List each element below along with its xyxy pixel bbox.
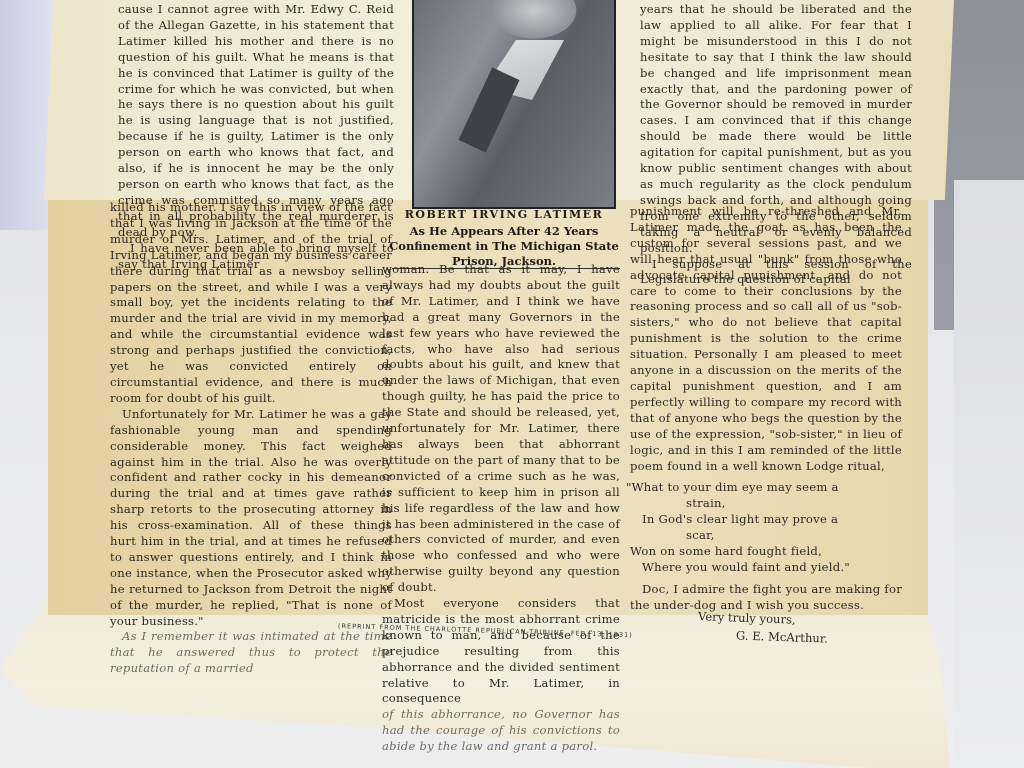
- poem-line: Where you would faint and yield.": [630, 560, 902, 576]
- poem-line: Won on some hard fought field,: [630, 544, 902, 560]
- closing-paragraph: Doc, I admire the fight you are making f…: [630, 582, 902, 614]
- paragraph: Most everyone considers that matricide i…: [382, 596, 620, 707]
- column-3-bottom: punishment will be re-threshed and Mr. L…: [630, 204, 902, 614]
- paragraph: punishment will be re-threshed and Mr. L…: [630, 204, 902, 474]
- poem-line: In God's clear light may prove a: [630, 512, 902, 528]
- column-1-bottom: killed his mother. I say this in view of…: [110, 200, 392, 677]
- faded-paragraph: of this abhorrance, no Governor has had …: [382, 707, 620, 755]
- poem-line: strain,: [630, 496, 902, 512]
- faded-paragraph: As I remember it was intimated at the ti…: [110, 629, 392, 677]
- photo-tie: [459, 67, 520, 152]
- paragraph: Unfortunately for Mr. Latimer he was a g…: [110, 407, 392, 630]
- paragraph: woman. Be that as it may, I have always …: [382, 262, 620, 596]
- column-2: woman. Be that as it may, I have always …: [382, 262, 620, 755]
- paragraph: killed his mother. I say this in view of…: [110, 200, 392, 407]
- portrait-photo: [412, 0, 616, 209]
- white-cloth-background-right: [954, 180, 1024, 768]
- poem-line: "What to your dim eye may seem a: [630, 480, 902, 496]
- caption-name: ROBERT IRVING LATIMER: [384, 208, 624, 221]
- photo-caption: ROBERT IRVING LATIMER As He Appears Afte…: [384, 208, 624, 269]
- poem-line: scar,: [630, 528, 902, 544]
- poem: "What to your dim eye may seem a strain,…: [630, 480, 902, 575]
